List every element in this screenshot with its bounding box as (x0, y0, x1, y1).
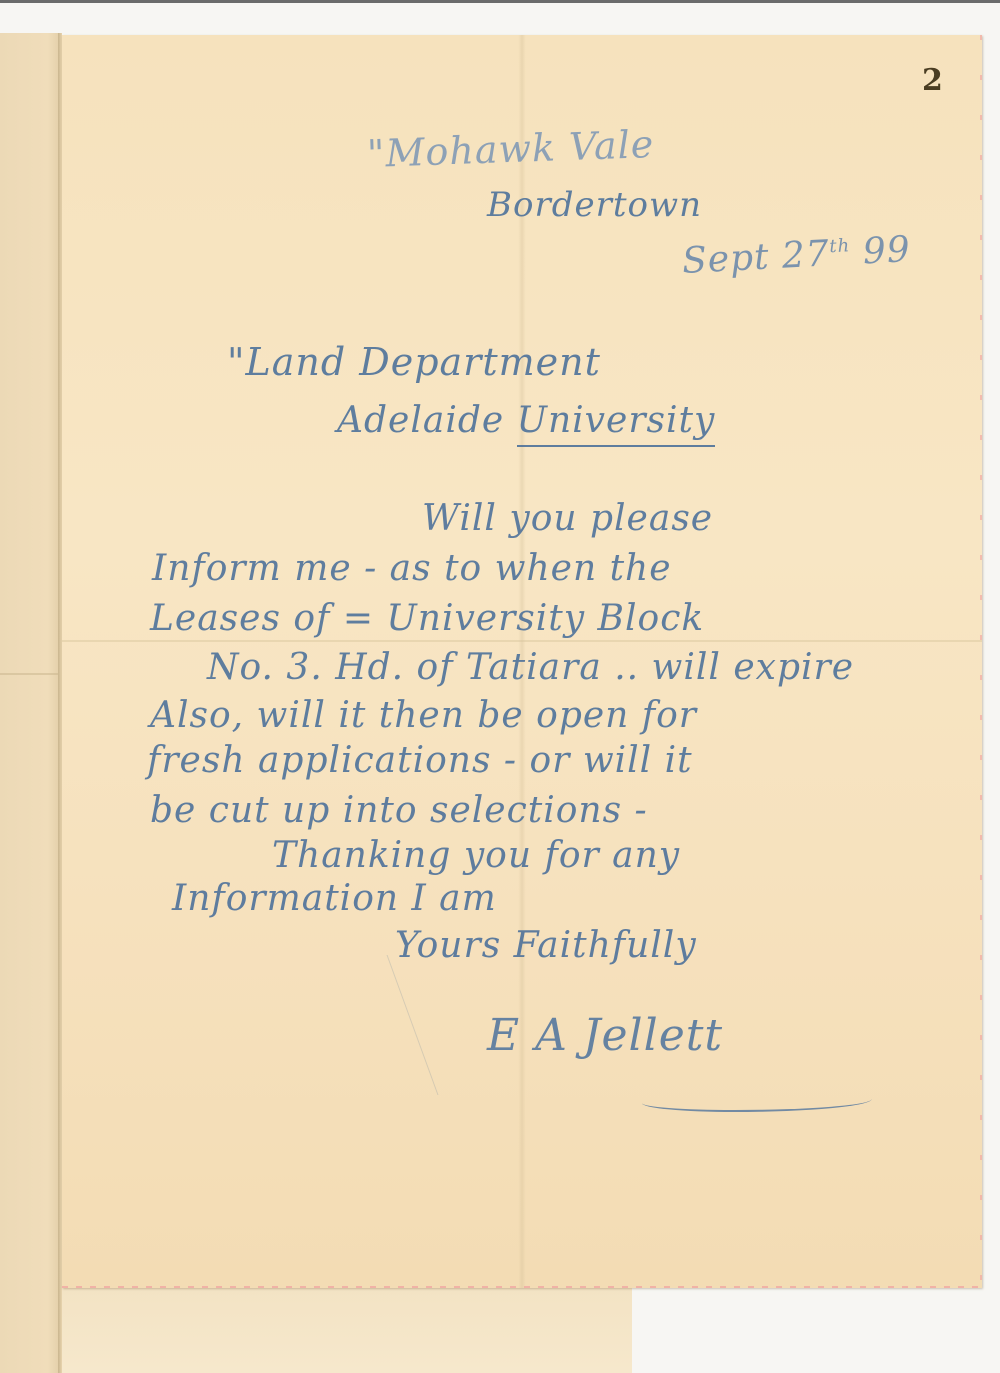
body-line: fresh applications - or will it (147, 740, 693, 781)
body-line: Also, will it then be open for (150, 695, 697, 736)
scan-top-edge (0, 0, 1000, 3)
fold-line (0, 673, 60, 675)
date-month-day: Sept 27 (681, 233, 831, 282)
body-line: Thanking you for any (272, 835, 680, 876)
red-edge-right (980, 35, 982, 1288)
recipient-line-1: "Land Department (227, 340, 601, 384)
body-line: Information I am (172, 878, 497, 919)
letter-date: Sept 27th 99 (681, 229, 912, 282)
recipient-line-2: Adelaide University (337, 400, 715, 441)
letter-page: 2 "Mohawk Vale Bordertown Sept 27th 99 "… (62, 35, 982, 1288)
previous-page-strip (0, 33, 60, 1373)
underlying-sheet (62, 1288, 632, 1373)
body-line: Will you please (422, 498, 713, 539)
body-line: be cut up into selections - (150, 790, 648, 831)
body-line: No. 3. Hd. of Tatiara .. will expire (207, 647, 854, 688)
address-line-2: Bordertown (487, 185, 702, 225)
date-suffix: th (829, 235, 851, 257)
body-line: Inform me - as to when the (152, 548, 672, 589)
date-year: 99 (862, 229, 912, 272)
recipient-institution: University (517, 400, 716, 447)
signature: E A Jellett (487, 1010, 723, 1061)
signature-flourish (642, 1090, 872, 1112)
red-edge-bottom (62, 1286, 982, 1288)
address-line-1: "Mohawk Vale (366, 122, 655, 176)
horizontal-fold (62, 640, 982, 642)
body-line: Leases of = University Block (150, 598, 704, 639)
page-number: 2 (922, 63, 943, 98)
recipient-city: Adelaide (337, 400, 504, 441)
